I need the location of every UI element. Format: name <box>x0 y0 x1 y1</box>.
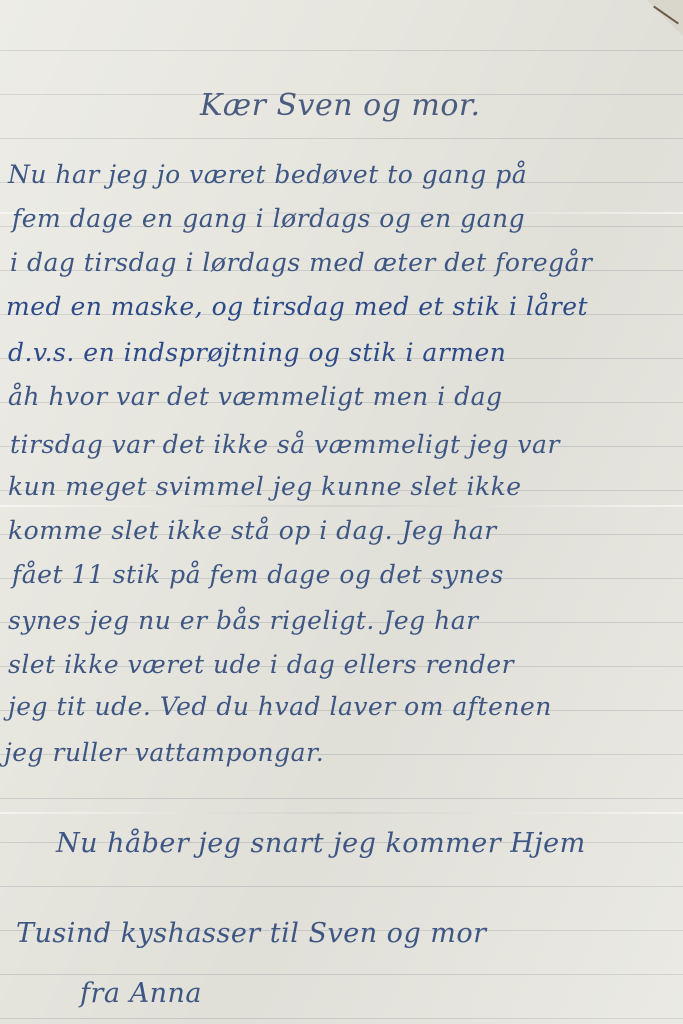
body-line: åh hvor var det væmmeligt men i dag <box>8 382 503 411</box>
body-line: komme slet ikke stå op i dag. Jeg har <box>8 516 497 545</box>
body-line: fået 11 stik på fem dage og det synes <box>12 560 504 589</box>
body-line: tirsdag var det ikke så væmmeligt jeg va… <box>10 430 560 459</box>
body-line: d.v.s. en indsprøjtning og stik i armen <box>8 338 506 367</box>
salutation: Kær Sven og mor. <box>200 88 481 123</box>
torn-corner <box>643 0 683 40</box>
body-line: i dag tirsdag i lørdags med æter det for… <box>10 248 593 277</box>
paper-fold <box>0 812 683 814</box>
body-line: Nu har jeg jo været bedøvet to gang på <box>8 160 527 189</box>
body-line: kun meget svimmel jeg kunne slet ikke <box>8 472 522 501</box>
paper-fold <box>0 505 683 507</box>
body-line: jeg tit ude. Ved du hvad laver om aftene… <box>8 692 552 721</box>
body-line: slet ikke været ude i dag ellers render <box>8 650 514 679</box>
body-line: jeg ruller vattampongar. <box>4 738 324 767</box>
letter-page: Kær Sven og mor. Nu har jeg jo været bed… <box>0 0 683 1024</box>
body-line: fem dage en gang i lørdags og en gang <box>12 204 525 233</box>
body-line: med en maske, og tirsdag med et stik i l… <box>6 292 588 321</box>
body-line: synes jeg nu er bås rigeligt. Jeg har <box>8 606 479 635</box>
signature: fra Anna <box>80 978 202 1009</box>
closing-line: Nu håber jeg snart jeg kommer Hjem <box>56 828 586 859</box>
regards-line: Tusind kyshasser til Sven og mor <box>16 918 487 949</box>
